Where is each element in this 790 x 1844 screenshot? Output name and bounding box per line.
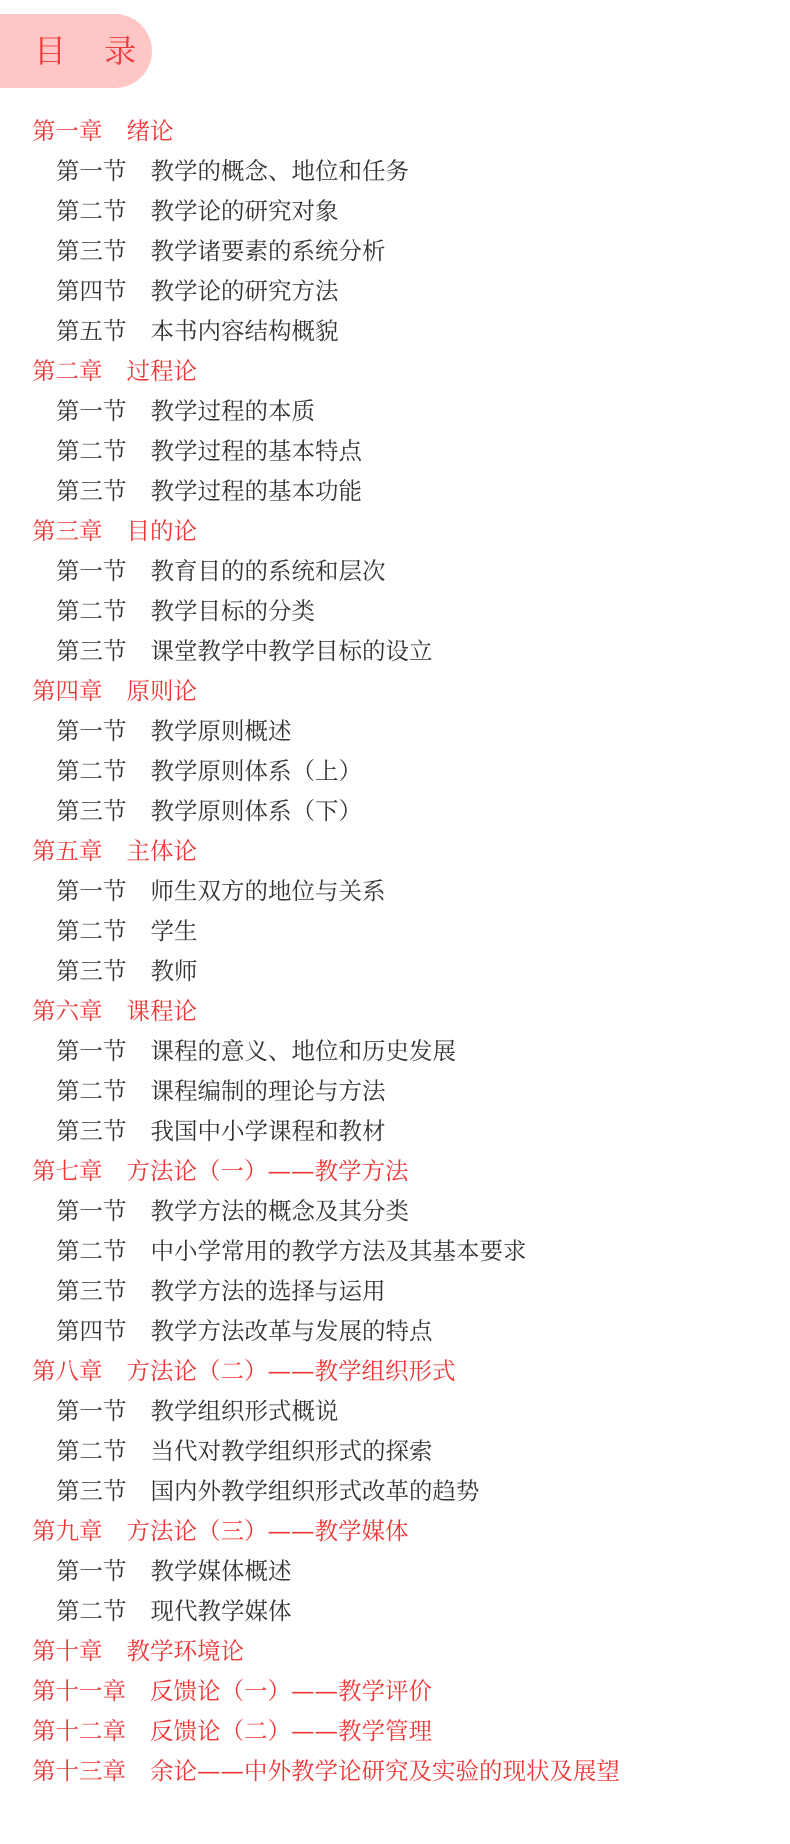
chapter-title: 反馈论（二）——教学管理: [150, 1711, 432, 1751]
toc-section-link[interactable]: 第二节教学目标的分类: [0, 591, 790, 631]
toc-section-link[interactable]: 第三节教学过程的基本功能: [0, 471, 790, 511]
toc-chapter-link[interactable]: 第六章课程论: [0, 991, 790, 1031]
toc-section-link[interactable]: 第一节教学的概念、地位和任务: [0, 151, 790, 191]
section-title: 现代教学媒体: [151, 1591, 292, 1631]
toc-section-link[interactable]: 第一节教学媒体概述: [0, 1551, 790, 1591]
table-of-contents: 第一章绪论第一节教学的概念、地位和任务第二节教学论的研究对象第三节教学诸要素的系…: [0, 111, 790, 1791]
chapter-number: 第六章: [32, 991, 103, 1031]
chapter-number: 第一章: [32, 111, 103, 151]
section-number: 第二节: [56, 751, 127, 791]
chapter-title: 方法论（一）——教学方法: [127, 1151, 409, 1191]
section-number: 第一节: [56, 1391, 127, 1431]
toc-chapter-link[interactable]: 第五章主体论: [0, 831, 790, 871]
section-title: 教学目标的分类: [151, 591, 316, 631]
chapter-title: 余论——中外教学论研究及实验的现状及展望: [150, 1751, 620, 1791]
chapter-title: 主体论: [127, 831, 198, 871]
toc-section-link[interactable]: 第三节课堂教学中教学目标的设立: [0, 631, 790, 671]
chapter-title: 教学环境论: [127, 1631, 245, 1671]
toc-section-link[interactable]: 第一节教学方法的概念及其分类: [0, 1191, 790, 1231]
chapter-number: 第九章: [32, 1511, 103, 1551]
chapter-number: 第十三章: [32, 1751, 126, 1791]
toc-section-link[interactable]: 第一节师生双方的地位与关系: [0, 871, 790, 911]
toc-section-link[interactable]: 第二节课程编制的理论与方法: [0, 1071, 790, 1111]
chapter-title: 课程论: [127, 991, 198, 1031]
section-title: 师生双方的地位与关系: [151, 871, 386, 911]
section-number: 第二节: [56, 431, 127, 471]
toc-section-link[interactable]: 第三节我国中小学课程和教材: [0, 1111, 790, 1151]
toc-section-link[interactable]: 第一节教学组织形式概说: [0, 1391, 790, 1431]
toc-section-link[interactable]: 第一节教育目的的系统和层次: [0, 551, 790, 591]
section-number: 第三节: [56, 231, 127, 271]
chapter-title: 目的论: [127, 511, 198, 551]
chapter-number: 第三章: [32, 511, 103, 551]
chapter-title: 方法论（二）——教学组织形式: [127, 1351, 456, 1391]
toc-section-link[interactable]: 第三节教学原则体系（下）: [0, 791, 790, 831]
section-title: 中小学常用的教学方法及其基本要求: [151, 1231, 527, 1271]
toc-section-link[interactable]: 第二节学生: [0, 911, 790, 951]
section-title: 我国中小学课程和教材: [151, 1111, 386, 1151]
chapter-number: 第十二章: [32, 1711, 126, 1751]
toc-section-link[interactable]: 第二节教学论的研究对象: [0, 191, 790, 231]
toc-chapter-link[interactable]: 第十二章反馈论（二）——教学管理: [0, 1711, 790, 1751]
section-title: 教学媒体概述: [151, 1551, 292, 1591]
toc-section-link[interactable]: 第三节教学方法的选择与运用: [0, 1271, 790, 1311]
section-number: 第一节: [56, 391, 127, 431]
section-title: 教育目的的系统和层次: [151, 551, 386, 591]
section-title: 本书内容结构概貌: [151, 311, 339, 351]
section-title: 学生: [151, 911, 198, 951]
section-title: 教学原则概述: [151, 711, 292, 751]
section-number: 第二节: [56, 1231, 127, 1271]
toc-section-link[interactable]: 第二节当代对教学组织形式的探索: [0, 1431, 790, 1471]
page-title: 目 录: [34, 35, 150, 67]
section-title: 教学组织形式概说: [151, 1391, 339, 1431]
section-number: 第四节: [56, 271, 127, 311]
toc-section-link[interactable]: 第三节国内外教学组织形式改革的趋势: [0, 1471, 790, 1511]
chapter-number: 第十章: [32, 1631, 103, 1671]
section-title: 课程编制的理论与方法: [151, 1071, 386, 1111]
chapter-number: 第五章: [32, 831, 103, 871]
toc-section-link[interactable]: 第一节课程的意义、地位和历史发展: [0, 1031, 790, 1071]
section-number: 第三节: [56, 791, 127, 831]
toc-section-link[interactable]: 第三节教学诸要素的系统分析: [0, 231, 790, 271]
toc-chapter-link[interactable]: 第四章原则论: [0, 671, 790, 711]
chapter-number: 第七章: [32, 1151, 103, 1191]
section-number: 第三节: [56, 1111, 127, 1151]
toc-chapter-link[interactable]: 第十一章反馈论（一）——教学评价: [0, 1671, 790, 1711]
section-number: 第一节: [56, 151, 127, 191]
section-number: 第三节: [56, 631, 127, 671]
toc-chapter-link[interactable]: 第二章过程论: [0, 351, 790, 391]
section-number: 第二节: [56, 191, 127, 231]
chapter-title: 方法论（三）——教学媒体: [127, 1511, 409, 1551]
section-title: 教学过程的基本功能: [151, 471, 363, 511]
chapter-number: 第十一章: [32, 1671, 126, 1711]
section-number: 第三节: [56, 1471, 127, 1511]
section-title: 教学方法的概念及其分类: [151, 1191, 410, 1231]
section-number: 第二节: [56, 1591, 127, 1631]
chapter-title: 反馈论（一）——教学评价: [150, 1671, 432, 1711]
chapter-number: 第四章: [32, 671, 103, 711]
section-title: 教学论的研究对象: [151, 191, 339, 231]
toc-chapter-link[interactable]: 第一章绪论: [0, 111, 790, 151]
section-number: 第三节: [56, 471, 127, 511]
section-number: 第二节: [56, 591, 127, 631]
toc-chapter-link[interactable]: 第八章方法论（二）——教学组织形式: [0, 1351, 790, 1391]
toc-chapter-link[interactable]: 第九章方法论（三）——教学媒体: [0, 1511, 790, 1551]
toc-section-link[interactable]: 第二节教学过程的基本特点: [0, 431, 790, 471]
toc-section-link[interactable]: 第二节教学原则体系（上）: [0, 751, 790, 791]
chapter-title: 绪论: [127, 111, 174, 151]
section-title: 教学论的研究方法: [151, 271, 339, 311]
section-number: 第一节: [56, 711, 127, 751]
section-title: 教学过程的基本特点: [151, 431, 363, 471]
section-title: 教学过程的本质: [151, 391, 316, 431]
chapter-title: 原则论: [127, 671, 198, 711]
toc-section-link[interactable]: 第五节本书内容结构概貌: [0, 311, 790, 351]
section-number: 第一节: [56, 1191, 127, 1231]
section-number: 第二节: [56, 1431, 127, 1471]
section-title: 课程的意义、地位和历史发展: [151, 1031, 457, 1071]
section-number: 第二节: [56, 1071, 127, 1111]
toc-title-banner: 目 录: [0, 14, 152, 88]
section-title: 国内外教学组织形式改革的趋势: [151, 1471, 480, 1511]
chapter-number: 第八章: [32, 1351, 103, 1391]
section-number: 第一节: [56, 1551, 127, 1591]
section-number: 第三节: [56, 1271, 127, 1311]
toc-section-link[interactable]: 第一节教学过程的本质: [0, 391, 790, 431]
toc-section-link[interactable]: 第四节教学论的研究方法: [0, 271, 790, 311]
toc-chapter-link[interactable]: 第十三章余论——中外教学论研究及实验的现状及展望: [0, 1751, 790, 1791]
section-number: 第三节: [56, 951, 127, 991]
section-number: 第二节: [56, 911, 127, 951]
section-number: 第一节: [56, 1031, 127, 1071]
toc-chapter-link[interactable]: 第十章教学环境论: [0, 1631, 790, 1671]
toc-section-link[interactable]: 第四节教学方法改革与发展的特点: [0, 1311, 790, 1351]
section-title: 教学原则体系（下）: [151, 791, 363, 831]
toc-chapter-link[interactable]: 第七章方法论（一）——教学方法: [0, 1151, 790, 1191]
toc-section-link[interactable]: 第二节现代教学媒体: [0, 1591, 790, 1631]
section-number: 第一节: [56, 871, 127, 911]
section-title: 教学方法改革与发展的特点: [151, 1311, 433, 1351]
section-number: 第四节: [56, 1311, 127, 1351]
section-number: 第五节: [56, 311, 127, 351]
section-title: 当代对教学组织形式的探索: [151, 1431, 433, 1471]
chapter-title: 过程论: [127, 351, 198, 391]
section-title: 教学诸要素的系统分析: [151, 231, 386, 271]
toc-section-link[interactable]: 第一节教学原则概述: [0, 711, 790, 751]
section-title: 教学的概念、地位和任务: [151, 151, 410, 191]
chapter-number: 第二章: [32, 351, 103, 391]
section-title: 教学方法的选择与运用: [151, 1271, 386, 1311]
toc-section-link[interactable]: 第三节教师: [0, 951, 790, 991]
section-number: 第一节: [56, 551, 127, 591]
section-title: 教师: [151, 951, 198, 991]
section-title: 课堂教学中教学目标的设立: [151, 631, 433, 671]
toc-chapter-link[interactable]: 第三章目的论: [0, 511, 790, 551]
section-title: 教学原则体系（上）: [151, 751, 363, 791]
toc-section-link[interactable]: 第二节中小学常用的教学方法及其基本要求: [0, 1231, 790, 1271]
